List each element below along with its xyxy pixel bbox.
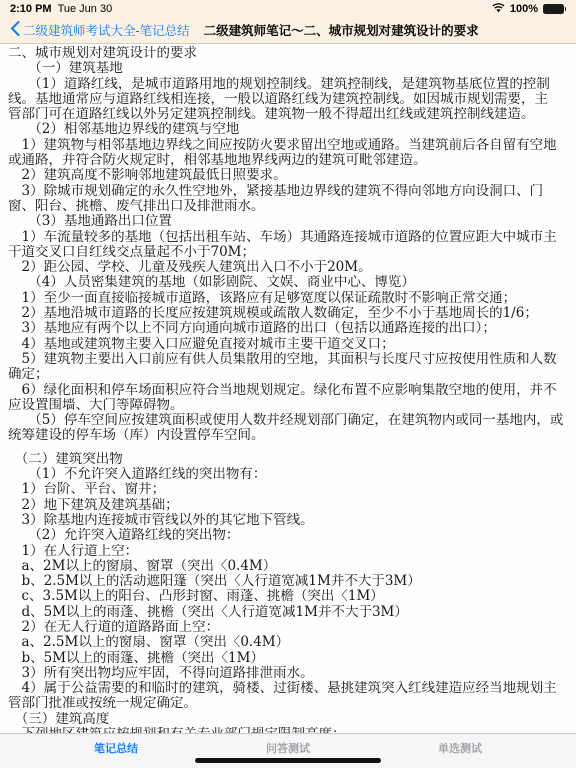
text-line: （4）人员密集建筑的基地（如影剧院、文娱、商业中心、博览）	[8, 275, 572, 290]
text-line: 应设置围墙、大门等障碍物。	[8, 398, 572, 413]
note-scroll-area[interactable]: 二、城市规划对建筑设计的要求 （一）建筑基地 （1）道路红线，是城市道路用地的规…	[0, 44, 576, 733]
text-line: 2）基地沿城市道路的长度应按建筑规模或疏散人数确定，至少不小于基地周长的1/6；	[8, 306, 572, 321]
text-line: a、2M以上的窗扇、窗罩（突出〈0.4M）	[8, 559, 572, 574]
app-screen: 2:10 PM Tue Jun 30 100%	[0, 0, 576, 768]
status-bar: 2:10 PM Tue Jun 30 100%	[0, 0, 576, 16]
text-line: 线。基地通常应与道路红线相连接，一般以道路红线为建筑控制线。如因城市规划需要，主	[8, 92, 572, 107]
text-line: 6）绿化面积和停车场面积应符合当地规划规定。绿化布置不应影响集散空地的使用，并不	[8, 383, 572, 398]
text-line: d、5M以上的雨蓬、挑檐（突出〈人行道宽减1M并不大于3M）	[8, 605, 572, 620]
text-line: 2）地下建筑及建筑基础；	[8, 498, 572, 513]
text-line: 1）台阶、平台、窗井；	[8, 482, 572, 497]
navigation-bar: 二级建筑师考试大全-笔记总结 二级建筑师笔记～二、城市规划对建筑设计的要求	[0, 16, 576, 43]
text-line: 2）建筑高度不影响邻地建筑最低日照要求。	[8, 168, 572, 183]
back-button-label: 二级建筑师考试大全-笔记总结	[23, 21, 190, 39]
text-line: 管部门可在道路红线以外另定建筑控制线。建筑物一般不得超出红线或建筑控制线建造。	[8, 107, 572, 122]
text-line: 或通路，并符合防火规定时，相邻基地地界线两边的建筑可毗邻建造。	[8, 153, 572, 168]
text-line: 2）在无人行道的道路路面上空：	[8, 620, 572, 635]
top-bar: 2:10 PM Tue Jun 30 100%	[0, 0, 576, 44]
text-line: 1）车流量较多的基地（包括出租车站、车场）其通路连接城市道路的位置应距大中城市主	[8, 230, 572, 245]
page-title: 二级建筑师笔记～二、城市规划对建筑设计的要求	[204, 21, 479, 39]
text-line: 干道交叉口自红线交点量起不小于70M；	[8, 245, 572, 260]
tab-notes-summary[interactable]: 笔记总结	[30, 740, 202, 756]
back-button[interactable]: 二级建筑师考试大全-笔记总结	[10, 21, 190, 39]
text-line: 4）属于公益需要的和临时的建筑，骑楼、过街楼、悬挑建筑突入红线建造应经当地规划主	[8, 681, 572, 696]
text-line: （5）停车空间应按建筑面积或使用人数并经规划部门确定，在建筑物内或同一基地内，或	[8, 413, 572, 428]
text-line: 3）所有突出物均应牢固，不得向道路排泄雨水。	[8, 666, 572, 681]
text-line: 3）除基地内连接城市管线以外的其它地下管线。	[8, 513, 572, 528]
text-line: 5）建筑物主要出入口前应有供人员集散用的空地，其面积与长度尺寸应按使用性质和人数	[8, 352, 572, 367]
status-right: 100%	[492, 3, 566, 16]
text-line: 1）建筑物与相邻基地边界线之间应按防火要求留出空地或通路。当建筑前后各自留有空地	[8, 138, 572, 153]
text-line: （一）建筑基地	[8, 61, 572, 76]
text-line: 3）基地应有两个以上不同方向通向城市道路的出口（包括以通路连接的出口）；	[8, 321, 572, 336]
text-line: 统筹建设的停车场（库）内设置停车空间。	[8, 428, 572, 443]
text-line: 窗、阳台、挑檐、废气排出口及排泄雨水。	[8, 199, 572, 214]
text-line: （3）基地通路出口位置	[8, 214, 572, 229]
battery-icon	[543, 4, 566, 14]
bottom-tab-bar: 笔记总结问答测试单选测试	[0, 733, 576, 768]
tab-single-choice-test[interactable]: 单选测试	[374, 740, 546, 756]
text-line: （三）建筑高度	[8, 712, 572, 727]
text-line: a、2.5M以上的窗扇、窗罩（突出〈0.4M）	[8, 635, 572, 650]
home-indicator[interactable]	[195, 758, 381, 763]
text-line: 确定；	[8, 367, 572, 382]
text-line: （二）建筑突出物	[8, 452, 572, 467]
text-line: （1）不允许突入道路红线的突出物有：	[8, 467, 572, 482]
text-line: （1）道路红线，是城市道路用地的规划控制线。建筑控制线，是建筑物基底位置的控制	[8, 77, 572, 92]
text-line: 2）距公园、学校、儿童及残疾人建筑出入口不小于20M。	[8, 260, 572, 275]
tab-qa-test[interactable]: 问答测试	[202, 740, 374, 756]
clock: 2:10 PM	[10, 3, 52, 15]
text-line: （2）允许突入道路红线的突出物：	[8, 528, 572, 543]
battery-percent: 100%	[510, 3, 538, 15]
status-left: 2:10 PM Tue Jun 30	[10, 3, 112, 15]
date: Tue Jun 30	[58, 3, 113, 15]
text-line: b、2.5M以上的活动遮阳篷（突出〈人行道宽减1M并不大于3M）	[8, 574, 572, 589]
text-line: 管部门批准或按统一规定确定。	[8, 696, 572, 711]
text-line: （2）相邻基地边界线的建筑与空地	[8, 122, 572, 137]
text-line: 二、城市规划对建筑设计的要求	[8, 46, 572, 61]
text-line: b、5M以上的雨篷、挑檐（突出〈1M）	[8, 651, 572, 666]
wifi-icon	[492, 3, 505, 16]
text-line: 3）除城市规划确定的永久性空地外，紧接基地边界线的建筑不得向邻地方向设洞口、门	[8, 184, 572, 199]
text-line: 4）基地或建筑物主要入口应避免直接对城市主要干道交叉口；	[8, 337, 572, 352]
blank-line	[8, 444, 572, 452]
text-line: 1）在人行道上空：	[8, 544, 572, 559]
back-chevron-icon	[10, 21, 20, 39]
text-line: c、3.5M以上的阳台、凸形封窗、雨蓬、挑檐（突出〈1M）	[8, 589, 572, 604]
text-line: 1）至少一面直接临接城市道路，该路应有足够宽度以保证疏散时不影响正常交通；	[8, 291, 572, 306]
